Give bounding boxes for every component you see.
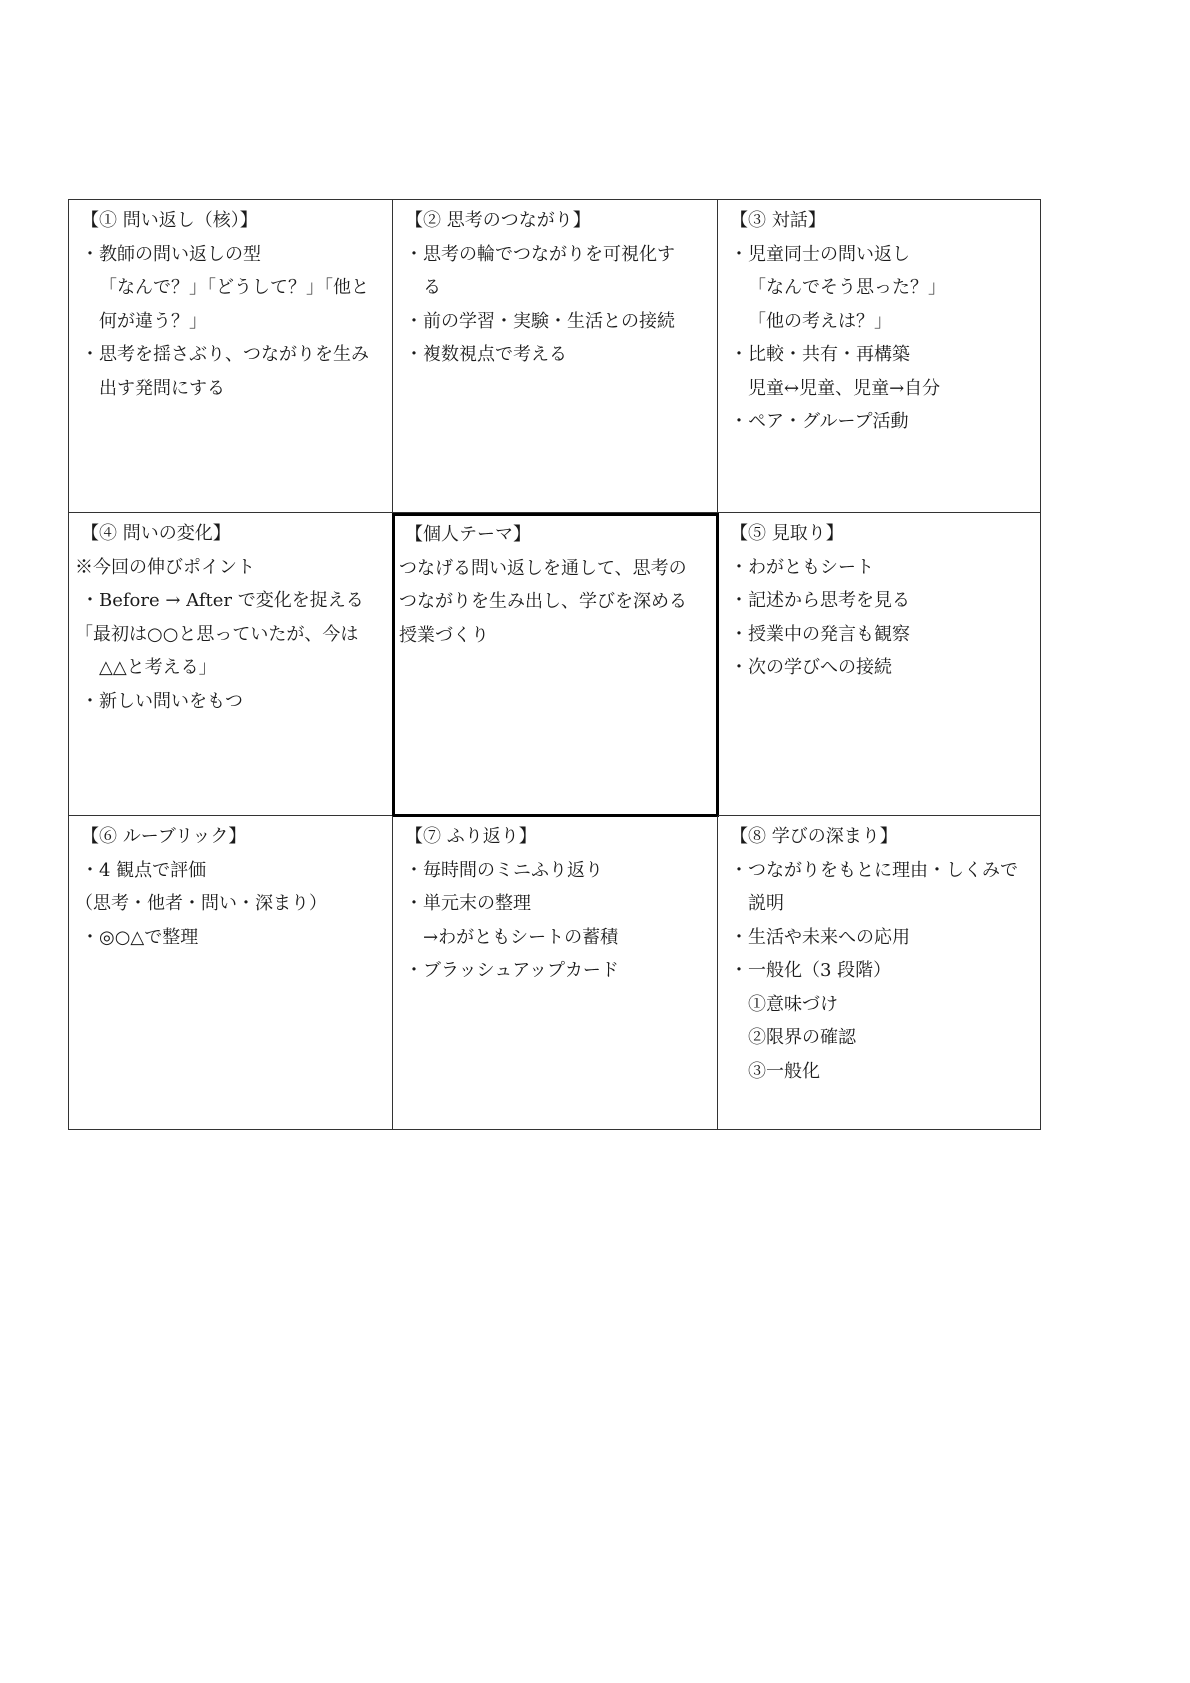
cell-personal-theme: 【個人テーマ】つなげる問い返しを通して、思考のつながりを生み出し、学びを深める授… xyxy=(392,513,719,817)
cell-line: ・毎時間のミニふり返り xyxy=(405,854,709,888)
cell-line: ③一般化 xyxy=(730,1055,1032,1089)
cell-line: ・生活や未来への応用 xyxy=(730,921,1032,955)
cell-line: ・思考の輪でつながりを可視化す xyxy=(405,238,709,272)
cell-line: ・児童同士の問い返し xyxy=(730,238,1032,272)
cell-line: つなげる問い返しを通して、思考の xyxy=(399,552,710,586)
cell-line: 説明 xyxy=(730,887,1032,921)
cell-line: ①意味づけ xyxy=(730,988,1032,1022)
cell-q5-observation: 【⑤ 見取り】・わがともシート・記述から思考を見る・授業中の発言も観察・次の学び… xyxy=(718,513,1040,816)
cell-title: 【⑦ ふり返り】 xyxy=(405,820,709,854)
cell-line: 「他の考えは？」 xyxy=(730,305,1032,339)
cell-q8-deepening-learning: 【⑧ 学びの深まり】・つながりをもとに理由・しくみで説明・生活や未来への応用・一… xyxy=(718,816,1040,1129)
cell-line: ※今回の伸びポイント xyxy=(75,551,384,585)
cell-line: ・◎○△で整理 xyxy=(81,921,384,955)
cell-line: ・比較・共有・再構築 xyxy=(730,338,1032,372)
cell-q7-reflection: 【⑦ ふり返り】・毎時間のミニふり返り・単元末の整理→わがともシートの蓄積・ブラ… xyxy=(393,816,718,1129)
cell-line: ・4 観点で評価 xyxy=(81,854,384,888)
cell-title: 【個人テーマ】 xyxy=(405,518,710,552)
cell-q3-dialogue: 【③ 対話】・児童同士の問い返し「なんでそう思った？」「他の考えは？」・比較・共… xyxy=(718,200,1040,513)
cell-line: る xyxy=(405,271,709,305)
cell-line: 「なんでそう思った？」 xyxy=(730,271,1032,305)
cell-line: ・つながりをもとに理由・しくみで xyxy=(730,854,1032,888)
cell-q2-thinking-connection: 【② 思考のつながり】・思考の輪でつながりを可視化する・前の学習・実験・生活との… xyxy=(393,200,718,513)
cell-line: 何が違う？」 xyxy=(81,305,384,339)
cell-line: 授業づくり xyxy=(399,619,710,653)
cell-q1-questioning-back: 【① 問い返し（核）】・教師の問い返しの型「なんで？」「どうして？」「他と何が違… xyxy=(69,200,393,513)
cell-title: 【② 思考のつながり】 xyxy=(405,204,709,238)
cell-line: （思考・他者・問い・深まり） xyxy=(75,887,384,921)
cell-title: 【④ 問いの変化】 xyxy=(81,517,384,551)
cell-line: →わがともシートの蓄積 xyxy=(405,921,709,955)
cell-line: 出す発問にする xyxy=(81,372,384,406)
cell-line: ・思考を揺さぶり、つながりを生み xyxy=(81,338,384,372)
cell-title: 【⑥ ルーブリック】 xyxy=(81,820,384,854)
cell-line: ・新しい問いをもつ xyxy=(81,685,384,719)
cell-title: 【⑤ 見取り】 xyxy=(730,517,1032,551)
cell-title: 【⑧ 学びの深まり】 xyxy=(730,820,1032,854)
theme-chart-grid: 【① 問い返し（核）】・教師の問い返しの型「なんで？」「どうして？」「他と何が違… xyxy=(68,199,1041,1130)
cell-line: 「なんで？」「どうして？」「他と xyxy=(81,271,384,305)
cell-line: ・一般化（3 段階） xyxy=(730,954,1032,988)
cell-q4-question-change: 【④ 問いの変化】※今回の伸びポイント・Before → After で変化を捉… xyxy=(69,513,393,816)
cell-line: ②限界の確認 xyxy=(730,1021,1032,1055)
cell-line: つながりを生み出し、学びを深める xyxy=(399,585,710,619)
cell-line: ・前の学習・実験・生活との接続 xyxy=(405,305,709,339)
cell-line: ・記述から思考を見る xyxy=(730,584,1032,618)
cell-line: ・わがともシート xyxy=(730,551,1032,585)
cell-line: △△と考える」 xyxy=(81,651,384,685)
cell-line: ・ブラッシュアップカード xyxy=(405,954,709,988)
cell-line: 「最初は○○と思っていたが、今は xyxy=(75,618,384,652)
cell-line: ・ペア・グループ活動 xyxy=(730,405,1032,439)
cell-title: 【① 問い返し（核）】 xyxy=(81,204,384,238)
cell-line: ・Before → After で変化を捉える xyxy=(81,584,384,618)
cell-line: ・単元末の整理 xyxy=(405,887,709,921)
cell-q6-rubric: 【⑥ ルーブリック】・4 観点で評価（思考・他者・問い・深まり）・◎○△で整理 xyxy=(69,816,393,1129)
cell-line: ・授業中の発言も観察 xyxy=(730,618,1032,652)
cell-line: ・複数視点で考える xyxy=(405,338,709,372)
cell-line: ・次の学びへの接続 xyxy=(730,651,1032,685)
cell-line: 児童↔児童、児童→自分 xyxy=(730,372,1032,406)
cell-title: 【③ 対話】 xyxy=(730,204,1032,238)
cell-line: ・教師の問い返しの型 xyxy=(81,238,384,272)
